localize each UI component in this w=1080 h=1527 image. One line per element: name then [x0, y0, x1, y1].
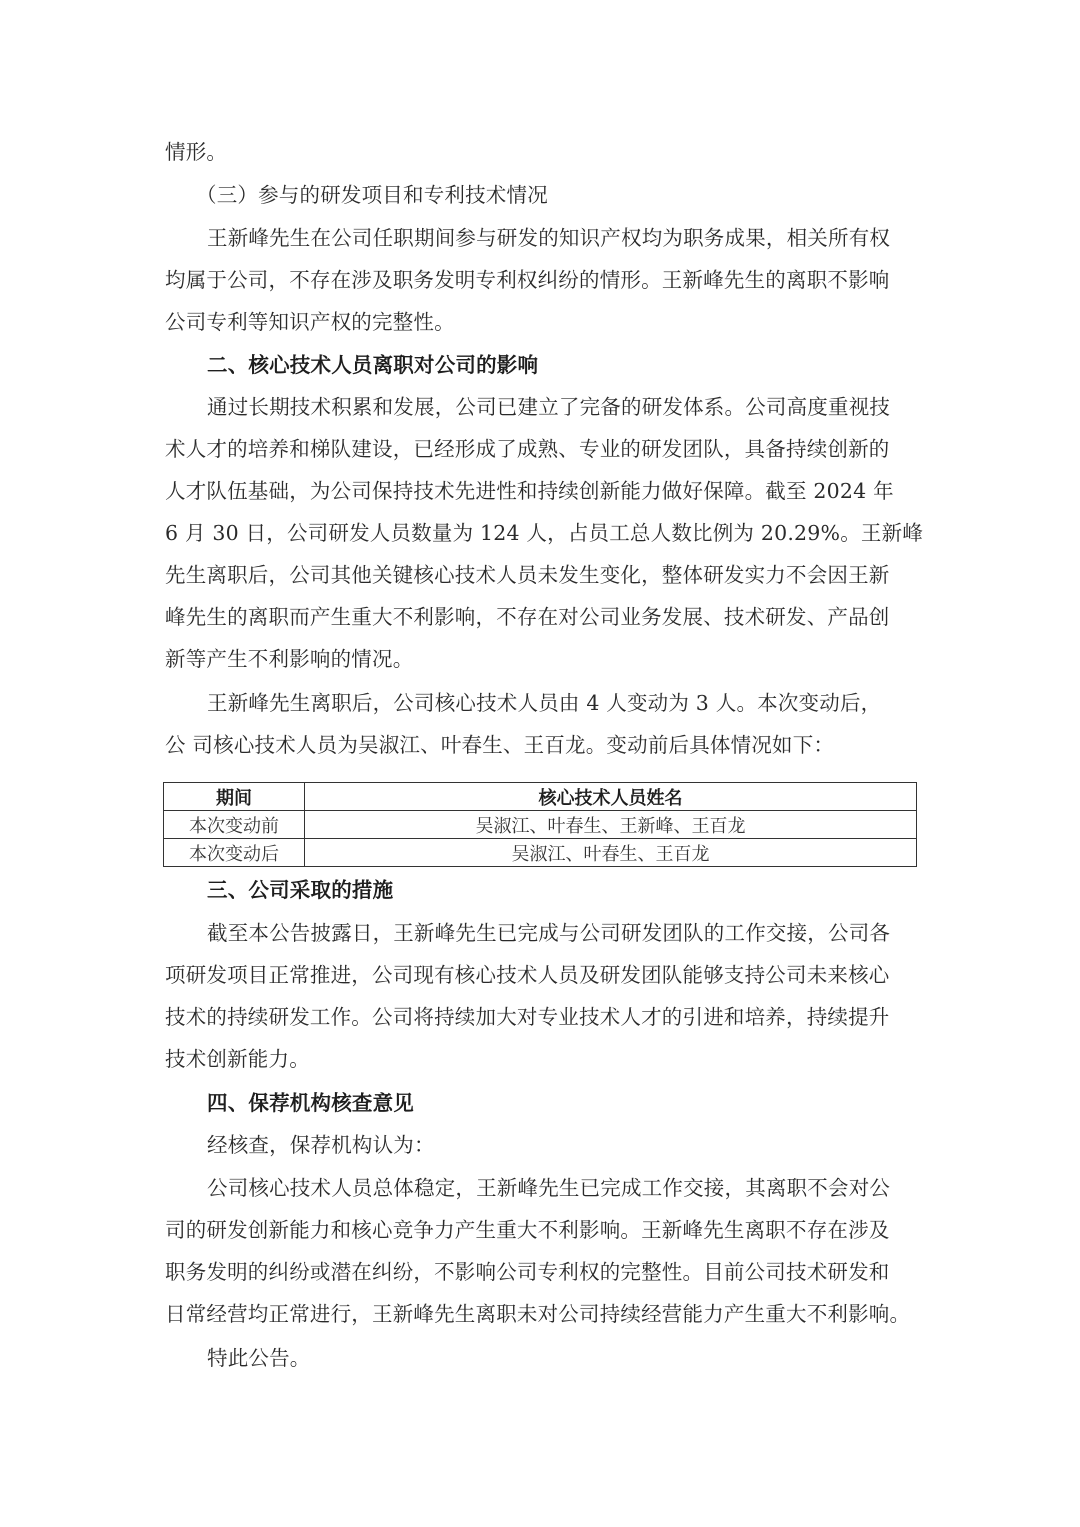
paragraph-line: 王新峰先生离职后，公司核心技术人员由 4 人变动为 3 人。本次变动后，	[207, 689, 881, 717]
paragraph-line: 项研发项目正常推进，公司现有核心技术人员及研发团队能够支持公司未来核心	[165, 961, 890, 989]
section-heading-4: 四、保荐机构核查意见	[207, 1089, 414, 1117]
paragraph-line: 6 月 30 日，公司研发人员数量为 124 人，占员工总人数比例为 20.29…	[165, 519, 923, 547]
paragraph-line: 峰先生的离职而产生重大不利影响，不存在对公司业务发展、技术研发、产品创	[165, 603, 890, 631]
table-header-period: 期间	[164, 783, 305, 811]
paragraph-line: 先生离职后，公司其他关键核心技术人员未发生变化，整体研发实力不会因王新	[165, 561, 890, 589]
paragraph-line: 技术创新能力。	[165, 1045, 310, 1073]
paragraph-line: 公司核心技术人员总体稳定，王新峰先生已完成工作交接，其离职不会对公	[207, 1174, 890, 1202]
paragraph-line: 新等产生不利影响的情况。	[165, 645, 413, 673]
table-cell-period: 本次变动前	[164, 811, 305, 839]
paragraph-line: 经核查，保荐机构认为：	[207, 1131, 435, 1159]
paragraph-line: 日常经营均正常进行，王新峰先生离职未对公司持续经营能力产生重大不利影响。	[165, 1300, 910, 1328]
subsection-heading: （三）参与的研发项目和专利技术情况	[196, 181, 548, 209]
table-header-names: 核心技术人员姓名	[305, 783, 917, 811]
table-cell-names: 吴淑江、叶春生、王百龙	[305, 839, 917, 867]
paragraph-line: 王新峰先生在公司任职期间参与研发的知识产权均为职务成果，相关所有权	[207, 224, 890, 252]
table-header-row: 期间 核心技术人员姓名	[164, 783, 917, 811]
paragraph-line: 公 司核心技术人员为吴淑江、叶春生、王百龙。变动前后具体情况如下：	[165, 731, 834, 759]
closing-line: 特此公告。	[207, 1344, 311, 1372]
table-row: 本次变动后 吴淑江、叶春生、王百龙	[164, 839, 917, 867]
paragraph-line: 术人才的培养和梯队建设，已经形成了成熟、专业的研发团队，具备持续创新的	[165, 435, 890, 463]
paragraph-line: 公司专利等知识产权的完整性。	[165, 308, 455, 336]
section-heading-3: 三、公司采取的措施	[207, 876, 393, 904]
paragraph-line: 技术的持续研发工作。公司将持续加大对专业技术人才的引进和培养，持续提升	[165, 1003, 890, 1031]
table-cell-names: 吴淑江、叶春生、王新峰、王百龙	[305, 811, 917, 839]
paragraph-line: 司的研发创新能力和核心竞争力产生重大不利影响。王新峰先生离职不存在涉及	[165, 1216, 890, 1244]
core-tech-staff-table: 期间 核心技术人员姓名 本次变动前 吴淑江、叶春生、王新峰、王百龙 本次变动后 …	[163, 782, 917, 867]
section-heading-2: 二、核心技术人员离职对公司的影响	[207, 351, 538, 379]
paragraph-line: 情形。	[165, 138, 227, 166]
paragraph-line: 职务发明的纠纷或潜在纠纷，不影响公司专利权的完整性。目前公司技术研发和	[165, 1258, 890, 1286]
paragraph-line: 通过长期技术积累和发展，公司已建立了完备的研发体系。公司高度重视技	[207, 393, 890, 421]
paragraph-line: 截至本公告披露日，王新峰先生已完成与公司研发团队的工作交接，公司各	[207, 919, 890, 947]
table-cell-period: 本次变动后	[164, 839, 305, 867]
paragraph-line: 均属于公司，不存在涉及职务发明专利权纠纷的情形。王新峰先生的离职不影响	[165, 266, 890, 294]
paragraph-line: 人才队伍基础，为公司保持技术先进性和持续创新能力做好保障。截至 2024 年	[165, 477, 894, 505]
table-row: 本次变动前 吴淑江、叶春生、王新峰、王百龙	[164, 811, 917, 839]
